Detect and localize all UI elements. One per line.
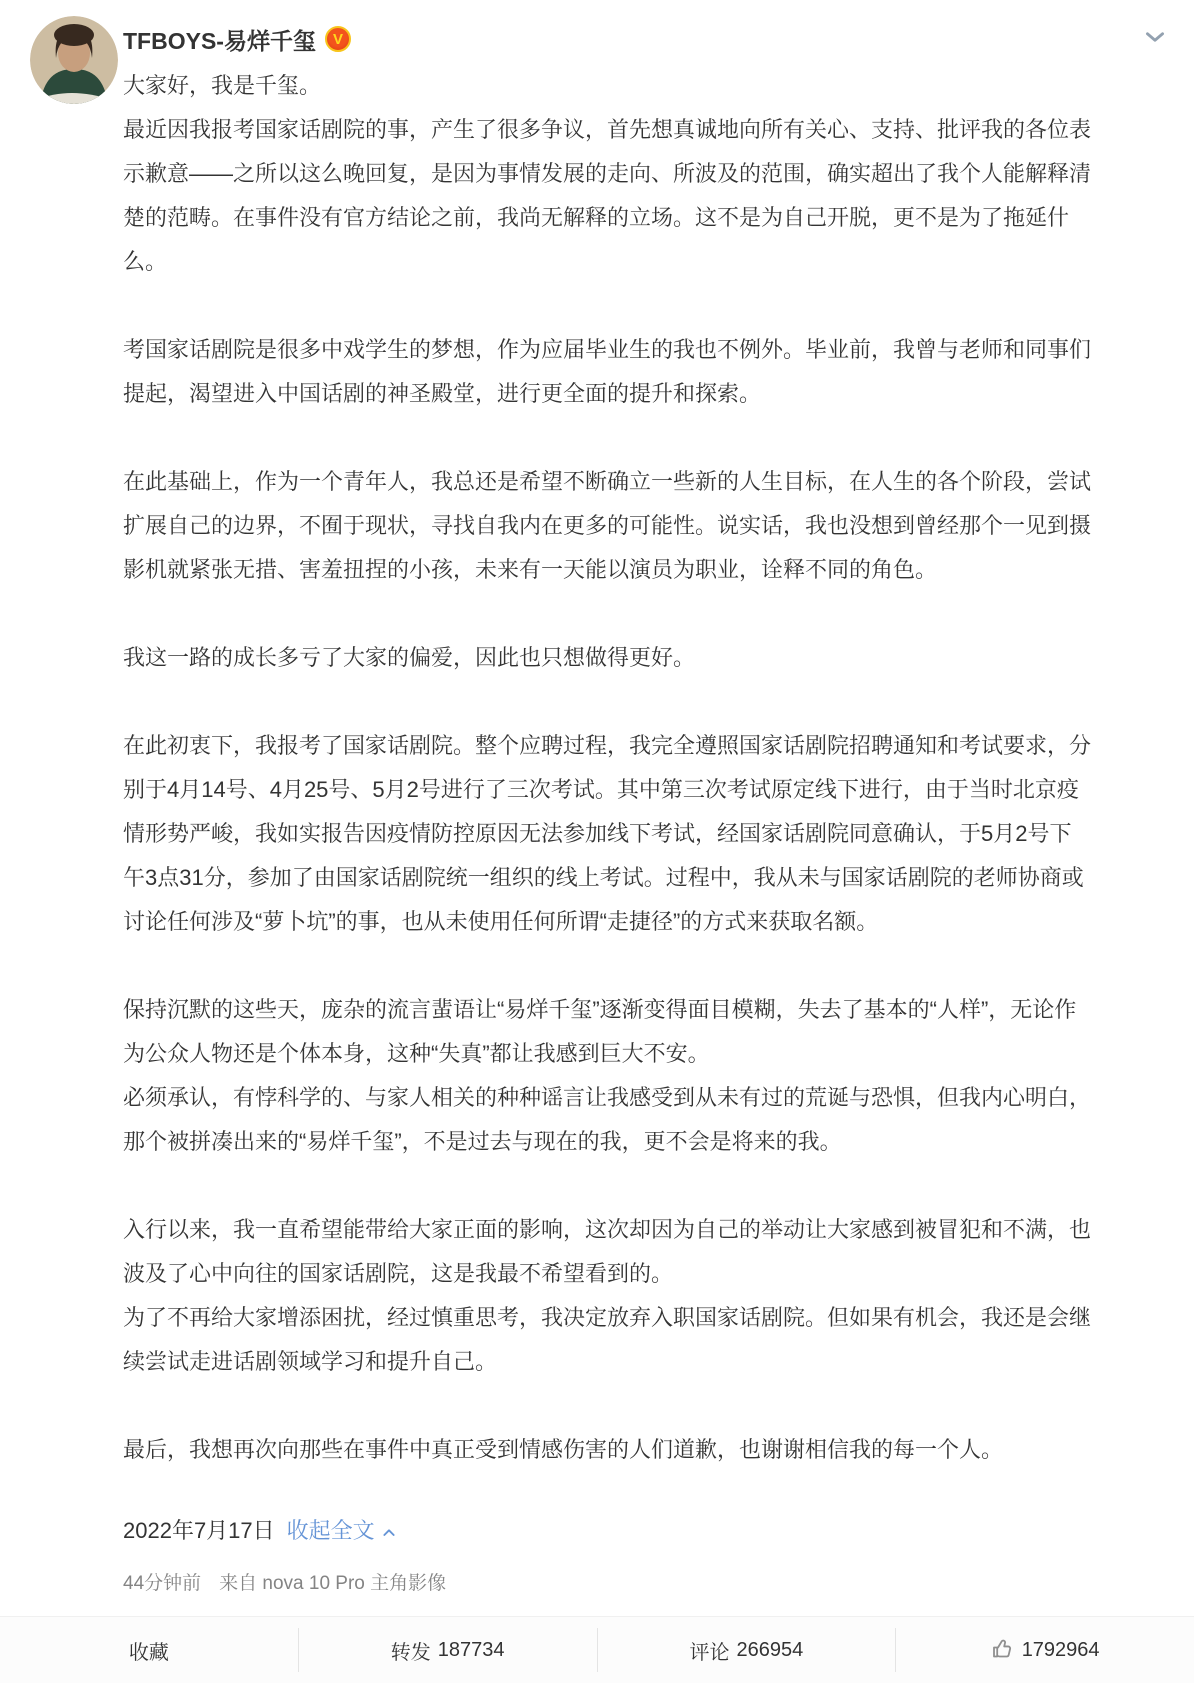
favorite-label: 收藏 — [129, 1636, 169, 1665]
post-paragraph: 在此基础上，作为一个青年人，我总还是希望不断确立一些新的人生目标，在人生的各个阶… — [123, 460, 1091, 592]
post-paragraph: 入行以来，我一直希望能带给大家正面的影响，这次却因为自己的举动让大家感到被冒犯和… — [123, 1208, 1091, 1384]
author-name[interactable]: TFBOYS-易烊千玺 — [123, 23, 316, 56]
meta-row: 44分钟前 来自 nova 10 Pro 主角影像 — [123, 1568, 1091, 1595]
action-bar: 收藏 转发 187734 评论 266954 1792964 — [0, 1616, 1194, 1683]
repost-button[interactable]: 转发 187734 — [299, 1617, 597, 1683]
comment-label: 评论 — [690, 1636, 730, 1665]
post-source[interactable]: 来自 nova 10 Pro 主角影像 — [219, 1568, 446, 1595]
collapse-full-text-link[interactable]: 收起全文 — [287, 1516, 397, 1546]
chevron-down-icon[interactable] — [1142, 24, 1168, 50]
comment-count: 266954 — [737, 1639, 804, 1662]
avatar[interactable] — [30, 16, 118, 104]
like-button[interactable]: 1792964 — [896, 1617, 1194, 1683]
favorite-button[interactable]: 收藏 — [0, 1617, 298, 1683]
like-count: 1792964 — [1022, 1639, 1100, 1662]
post-paragraph: 大家好，我是千玺。 最近因我报考国家话剧院的事，产生了很多争议，首先想真诚地向所… — [123, 64, 1091, 284]
post-time-ago[interactable]: 44分钟前 — [123, 1568, 201, 1595]
repost-count: 187734 — [438, 1639, 505, 1662]
repost-label: 转发 — [391, 1636, 431, 1665]
post-paragraph: 我这一路的成长多亏了大家的偏爱，因此也只想做得更好。 — [123, 636, 1091, 680]
post: TFBOYS-易烊千玺 V 大家好，我是千玺。 最近因我报考国家话剧院的事，产生… — [0, 0, 1194, 1595]
post-paragraph: 在此初衷下，我报考了国家话剧院。整个应聘过程，我完全遵照国家话剧院招聘通知和考试… — [123, 724, 1091, 944]
verified-badge-icon: V — [325, 26, 351, 52]
collapse-link-label: 收起全文 — [287, 1516, 375, 1546]
post-paragraph: 保持沉默的这些天，庞杂的流言蜚语让“易烊千玺”逐渐变得面目模糊，失去了基本的“人… — [123, 988, 1091, 1164]
caret-up-icon — [381, 1525, 397, 1541]
thumb-up-icon — [991, 1637, 1015, 1661]
author-row: TFBOYS-易烊千玺 V — [123, 18, 1091, 60]
weibo-post-page: TFBOYS-易烊千玺 V 大家好，我是千玺。 最近因我报考国家话剧院的事，产生… — [0, 0, 1194, 1683]
post-date: 2022年7月17日 — [123, 1516, 275, 1546]
post-paragraph: 考国家话剧院是很多中戏学生的梦想，作为应届毕业生的我也不例外。毕业前，我曾与老师… — [123, 328, 1091, 416]
avatar-image — [30, 16, 118, 104]
comment-button[interactable]: 评论 266954 — [598, 1617, 896, 1683]
post-content: 大家好，我是千玺。 最近因我报考国家话剧院的事，产生了很多争议，首先想真诚地向所… — [123, 64, 1091, 1472]
post-paragraph: 最后，我想再次向那些在事件中真正受到情感伤害的人们道歉，也谢谢相信我的每一个人。 — [123, 1428, 1091, 1472]
date-row: 2022年7月17日 收起全文 — [123, 1516, 1091, 1546]
post-main: TFBOYS-易烊千玺 V 大家好，我是千玺。 最近因我报考国家话剧院的事，产生… — [123, 18, 1091, 1595]
